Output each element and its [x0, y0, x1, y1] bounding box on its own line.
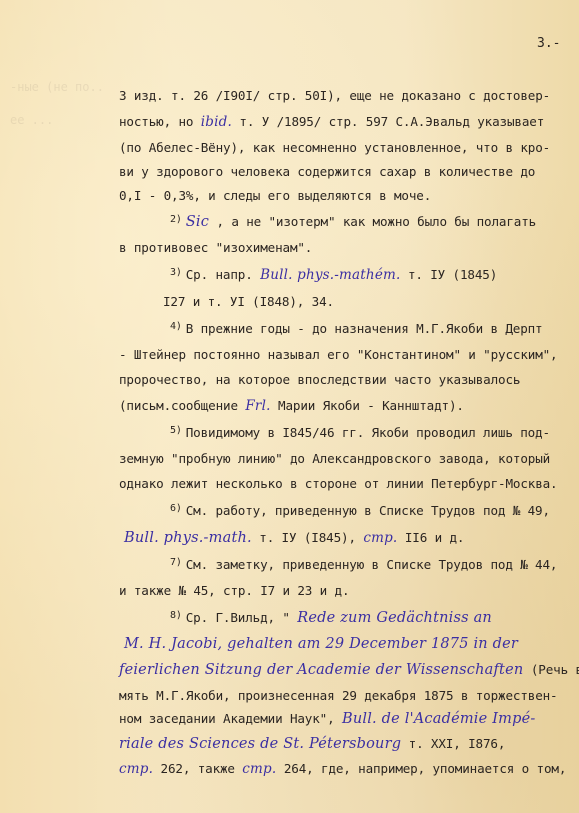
- handwritten-insert: ibid.: [201, 114, 232, 130]
- text-line: и также № 45, стр. I7 и 23 и д.: [119, 583, 349, 598]
- handwritten-insert: feierlichen Sitzung der Academie der Wis…: [119, 662, 523, 678]
- footnote-5: 5)Повидимому в I845/46 гг. Якоби проводи…: [170, 425, 550, 440]
- handwritten-insert: riale des Sciences de St. Pétersbourg: [119, 736, 401, 752]
- text-line: в противовес "изохименам".: [119, 240, 312, 255]
- document-page: -ные (не по.. ее ... 3.- 3 изд. т. 26 /I…: [0, 0, 579, 813]
- text-line: ном заседании Академии Наук", Bull. de l…: [119, 711, 535, 727]
- handwritten-insert: M. H. Jacobi, gehalten am 29 December 18…: [124, 636, 518, 652]
- handwritten-insert: Bull. phys.-math.: [124, 530, 252, 546]
- footnote-8: 8)Ср. Г.Вильд, " Rede zum Gedächtniss an: [170, 610, 492, 626]
- text-line: feierlichen Sitzung der Academie der Wis…: [119, 662, 579, 678]
- handwritten-insert: стр.: [119, 761, 153, 777]
- footnote-6: 6)См. работу, приведенную в Списке Трудо…: [170, 503, 550, 518]
- text-line: M. H. Jacobi, gehalten am 29 December 18…: [124, 636, 518, 652]
- handwritten-insert: Rede zum Gedächtniss an: [297, 610, 492, 626]
- handwritten-insert: Bull. phys.-mathém.: [260, 267, 400, 283]
- text-line: I27 и т. УI (I848), 34.: [163, 294, 334, 309]
- text-line: однако лежит несколько в стороне от лини…: [119, 476, 558, 491]
- text-line: (письм.сообщение Frl. Марии Якоби - Канн…: [119, 398, 464, 414]
- text-line: ви у здорового человека содержится сахар…: [119, 164, 535, 179]
- handwritten-insert: стр.: [363, 530, 397, 546]
- handwritten-insert: Bull. de l'Académie Impé-: [342, 711, 536, 727]
- text-line: riale des Sciences de St. Pétersbourg т.…: [119, 736, 505, 752]
- text-line: Bull. phys.-math. т. IУ (I845), стр. II6…: [124, 530, 464, 546]
- text-line: ностью, но ibid. т. У /1895/ стр. 597 С.…: [119, 114, 544, 130]
- bleed-through-text: -ные (не по..: [10, 80, 104, 94]
- text-line: пророчество, на которое впоследствии час…: [119, 372, 520, 387]
- handwritten-insert: стр.: [242, 761, 276, 777]
- text-line: земную "пробную линию" до Александровско…: [119, 451, 550, 466]
- text-line: - Штейнер постоянно называл его "Констан…: [119, 347, 558, 362]
- footnote-3: 3)Ср. напр. Bull. phys.-mathém. т. IУ (1…: [170, 267, 497, 283]
- text-line: мять М.Г.Якоби, произнесенная 29 декабря…: [119, 688, 558, 703]
- footnote-7: 7)См. заметку, приведенную в Списке Труд…: [170, 557, 557, 572]
- page-number: 3.-: [537, 36, 560, 51]
- handwritten-insert: Sic: [186, 214, 209, 230]
- text-line: 3 изд. т. 26 /I90I/ стр. 50I), еще не до…: [119, 88, 550, 103]
- bleed-through-text: ее ...: [10, 113, 53, 127]
- handwritten-insert: Frl.: [245, 398, 270, 414]
- text-line: стр. 262, также стр. 264, где, например,…: [119, 761, 566, 777]
- text-line: (по Абелес-Вёну), как несомненно установ…: [119, 140, 550, 155]
- text-line: 0,I - 0,3%, и следы его выделяются в моч…: [119, 188, 431, 203]
- footnote-2: 2)Sic , а не "изотерм" как можно было бы…: [170, 214, 536, 230]
- footnote-4: 4)В прежние годы - до назначения М.Г.Яко…: [170, 321, 543, 336]
